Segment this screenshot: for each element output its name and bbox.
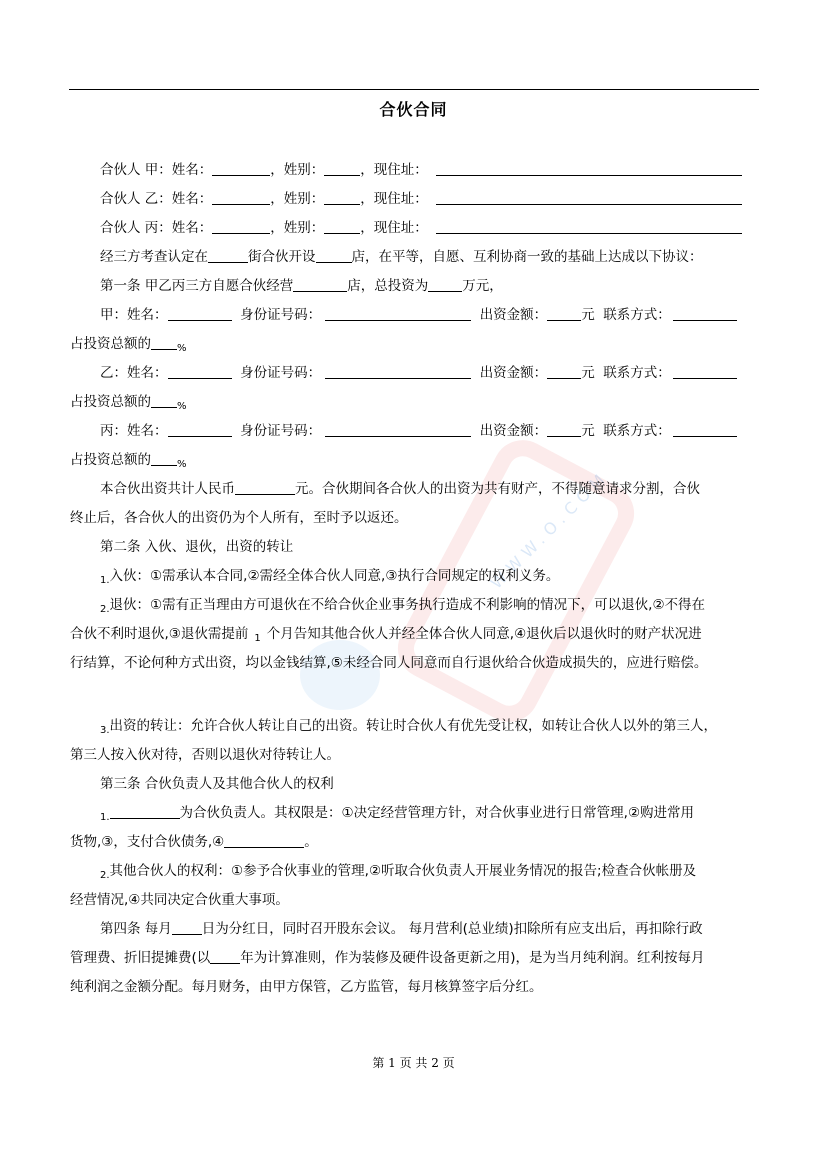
article2-join: 1.入伙：①需承认本合同,②需经全体合伙人同意,③执行合同规定的权利义务。 xyxy=(100,566,559,586)
share-line-yi: 占投资总额的% xyxy=(70,392,187,412)
id-blank[interactable] xyxy=(325,364,471,379)
address-blank[interactable] xyxy=(436,219,742,234)
share-blank[interactable] xyxy=(151,335,177,350)
page-number: 第 1 页 共 2 页 xyxy=(0,1054,827,1071)
contact-blank[interactable] xyxy=(673,306,737,321)
document-title: 合伙合同 xyxy=(0,97,827,120)
capital-blank[interactable] xyxy=(235,480,295,495)
investor-line-bing: 丙：姓名： 身份证号码： 出资金额：元 联系方式： xyxy=(100,421,737,441)
street-blank[interactable] xyxy=(208,248,248,263)
dividend-day-blank[interactable] xyxy=(172,920,202,935)
amount-blank[interactable] xyxy=(547,422,581,437)
name-blank[interactable] xyxy=(168,306,232,321)
share-blank[interactable] xyxy=(151,451,177,466)
amount-blank[interactable] xyxy=(547,306,581,321)
amount-blank[interactable] xyxy=(547,364,581,379)
contact-blank[interactable] xyxy=(673,364,737,379)
partner-line-jia: 合伙人 甲：姓名：，姓别：，现住址： xyxy=(100,160,742,180)
share-blank[interactable] xyxy=(151,393,177,408)
manager-blank[interactable] xyxy=(110,804,180,819)
name-blank[interactable] xyxy=(212,190,270,205)
name-blank[interactable] xyxy=(168,364,232,379)
address-blank[interactable] xyxy=(436,161,742,176)
article3-p1-2: 货物,③，支付合伙债务,④。 xyxy=(70,832,318,852)
article2-quit-3: 行结算，不论何种方式出资，均以金钱结算,⑤未经合同人同意而自行退伙给合伙造成损失… xyxy=(70,653,707,673)
share-line-jia: 占投资总额的% xyxy=(70,334,187,354)
name-blank[interactable] xyxy=(212,219,270,234)
header-rule xyxy=(69,89,759,90)
share-line-bing: 占投资总额的% xyxy=(70,450,187,470)
investor-line-yi: 乙：姓名： 身份证号码： 出资金额：元 联系方式： xyxy=(100,363,737,383)
article2-transfer-1: 3.出资的转让：允许合伙人转让自己的出资。转让时合伙人有优先受让权，如转让合伙人… xyxy=(100,716,717,736)
capital-line-1: 本合伙出资共计人民币元。合伙期间各合伙人的出资为共有财产，不得随意请求分割，合伙 xyxy=(100,479,700,499)
article3-p1-1: 1.为合伙负责人。其权限是：①决定经营管理方针，对合伙事业进行日常管理,②购进常… xyxy=(100,803,694,823)
article4-line-2: 管理费、折旧提摊费(以年为计算准则，作为装修及硬件设备更新之用)，是为当月纯利润… xyxy=(70,948,705,968)
partner-line-yi: 合伙人 乙：姓名：，姓别：，现住址： xyxy=(100,189,742,209)
address-blank[interactable] xyxy=(436,190,742,205)
watermark-circle xyxy=(300,640,380,710)
gender-blank[interactable] xyxy=(324,219,360,234)
article1-line: 第一条 甲乙丙三方自愿合伙经营店，总投资为万元， xyxy=(100,276,503,296)
partner-line-bing: 合伙人 丙：姓名：，姓别：，现住址： xyxy=(100,218,742,238)
article3-p2-2: 经营情况,④共同决定合伙重大事项。 xyxy=(70,890,289,910)
article2-quit-1: 2.退伙：①需有正当理由方可退伙在不给合伙企业事务执行造成不利影响的情况下，可以… xyxy=(100,595,705,615)
id-blank[interactable] xyxy=(325,306,471,321)
article2-quit-2: 合伙不利时退伙,③退伙需提前1个月告知其他合伙人并经全体合伙人同意,④退伙后以退… xyxy=(70,624,702,644)
capital-line-2: 终止后，各合伙人的出资仍为个人所有，至时予以返还。 xyxy=(70,508,408,528)
intro-line: 经三方考查认定在街合伙开设店，在平等，自愿、互利协商一致的基础上达成以下协议： xyxy=(100,247,703,267)
contact-blank[interactable] xyxy=(673,422,737,437)
total-investment-blank[interactable] xyxy=(428,277,462,292)
article4-line-1: 第四条 每月日为分红日，同时召开股东会议。 每月营利(总业绩)扣除所有应支出后，… xyxy=(100,919,703,939)
business-blank[interactable] xyxy=(293,277,347,292)
depreciation-years-blank[interactable] xyxy=(210,949,240,964)
gender-blank[interactable] xyxy=(324,190,360,205)
article3-p2-1: 2.其他合伙人的权利：①参予合伙事业的管理,②听取合伙负责人开展业务情况的报告;… xyxy=(100,861,696,881)
name-blank[interactable] xyxy=(168,422,232,437)
article3-heading: 第三条 合伙负责人及其他合伙人的权利 xyxy=(100,774,334,794)
article4-line-3: 纯利润之金额分配。每月财务，由甲方保管，乙方监管，每月核算签字后分红。 xyxy=(70,977,543,997)
name-blank[interactable] xyxy=(212,161,270,176)
id-blank[interactable] xyxy=(325,422,471,437)
article2-transfer-2: 第三人按入伙对待，否则以退伙对待转让人。 xyxy=(70,745,340,765)
gender-blank[interactable] xyxy=(324,161,360,176)
investor-line-jia: 甲：姓名： 身份证号码： 出资金额：元 联系方式： xyxy=(100,305,737,325)
article2-heading: 第二条 入伙、退伙，出资的转让 xyxy=(100,537,293,557)
shop-blank[interactable] xyxy=(316,248,352,263)
authority-blank[interactable] xyxy=(224,833,304,848)
